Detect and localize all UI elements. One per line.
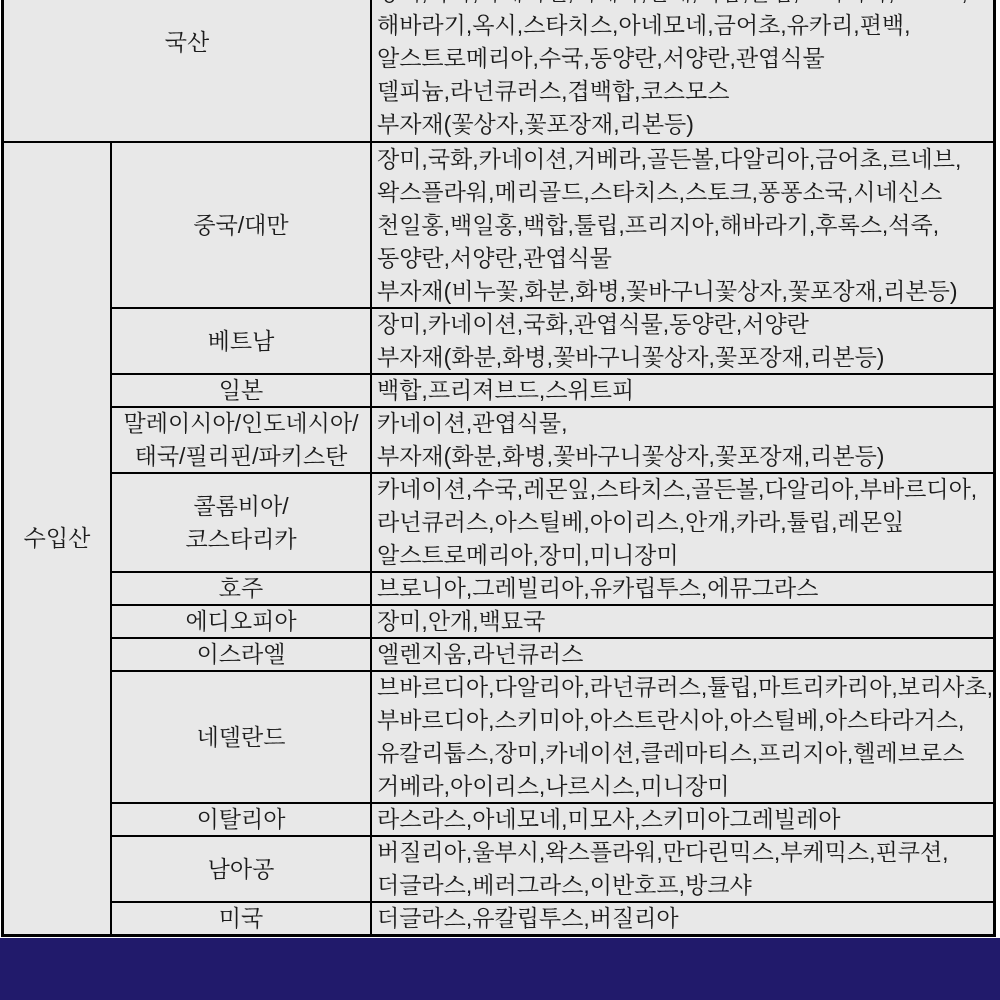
items-cell: 브로니아,그레빌리아,유카립투스,에뮤그라스 bbox=[372, 573, 993, 604]
items-text: 카네이션,수국,레몬잎,스타치스,골든볼,다알리아,부바르디아, 라넌큐러스,아… bbox=[377, 474, 977, 571]
page: 국산 장미,국화,카네이션,거베라,안개,백합,튤립,프리지아,스토크, 해바라… bbox=[0, 0, 1000, 1000]
items-text: 카네이션,관엽식물, 부자재(화분,화병,꽃바구니꽃상자,꽃포장재,리본등) bbox=[377, 408, 884, 472]
origin-items-table: 국산 장미,국화,카네이션,거베라,안개,백합,튤립,프리지아,스토크, 해바라… bbox=[1, 0, 996, 937]
country-cell: 콜롬비아/ 코스타리카 bbox=[112, 474, 370, 571]
items-text: 브바르디아,다알리아,라넌큐러스,튤립,마트리카리아,보리사초, 부바르디아,스… bbox=[377, 672, 993, 802]
country-label: 미국 bbox=[219, 903, 263, 934]
items-text: 버질리아,울부시,왁스플라워,만다린믹스,부케믹스,핀쿠션, 더글라스,베러그라… bbox=[377, 837, 949, 901]
country-label: 콜롬비아/ 코스타리카 bbox=[185, 490, 296, 556]
country-cell: 이탈리아 bbox=[112, 804, 370, 835]
items-cell: 라스라스,아네모네,미모사,스키미아그레빌레아 bbox=[372, 804, 993, 835]
country-label: 이탈리아 bbox=[197, 804, 286, 835]
country-label: 네델란드 bbox=[197, 721, 286, 754]
items-cell: 엘렌지움,라넌큐러스 bbox=[372, 639, 993, 670]
origin-cell-domestic: 국산 bbox=[4, 0, 370, 141]
origin-cell-imported: 수입산 bbox=[4, 143, 110, 934]
items-cell: 장미,카네이션,국화,관엽식물,동양란,서양란 부자재(화분,화병,꽃바구니꽃상… bbox=[372, 309, 993, 373]
items-cell: 카네이션,관엽식물, 부자재(화분,화병,꽃바구니꽃상자,꽃포장재,리본등) bbox=[372, 408, 993, 472]
country-cell: 남아공 bbox=[112, 837, 370, 901]
country-label: 일본 bbox=[219, 375, 263, 406]
items-text: 장미,카네이션,국화,관엽식물,동양란,서양란 부자재(화분,화병,꽃바구니꽃상… bbox=[377, 309, 884, 373]
country-label: 중국/대만 bbox=[193, 209, 288, 242]
country-cell: 네델란드 bbox=[112, 672, 370, 802]
items-text: 백합,프리져브드,스위트피 bbox=[377, 375, 634, 406]
items-text: 더글라스,유칼립투스,버질리아 bbox=[377, 903, 679, 934]
country-cell: 일본 bbox=[112, 375, 370, 406]
items-cell-domestic: 장미,국화,카네이션,거베라,안개,백합,튤립,프리지아,스토크, 해바라기,옥… bbox=[372, 0, 993, 141]
items-cell: 장미,안개,백묘국 bbox=[372, 606, 993, 637]
country-cell: 미국 bbox=[112, 903, 370, 934]
country-label: 호주 bbox=[219, 573, 263, 604]
country-cell: 호주 bbox=[112, 573, 370, 604]
country-cell: 베트남 bbox=[112, 309, 370, 373]
items-cell: 버질리아,울부시,왁스플라워,만다린믹스,부케믹스,핀쿠션, 더글라스,베러그라… bbox=[372, 837, 993, 901]
country-cell: 말레이시아/인도네시아/ 태국/필리핀/파키스탄 bbox=[112, 408, 370, 472]
items-text: 브로니아,그레빌리아,유카립투스,에뮤그라스 bbox=[377, 573, 818, 604]
items-text: 장미,국화,카네이션,거베라,골든볼,다알리아,금어초,르네브, 왁스플라워,메… bbox=[377, 143, 961, 307]
domestic-items-text: 장미,국화,카네이션,거베라,안개,백합,튤립,프리지아,스토크, 해바라기,옥… bbox=[377, 0, 968, 141]
items-cell: 카네이션,수국,레몬잎,스타치스,골든볼,다알리아,부바르디아, 라넌큐러스,아… bbox=[372, 474, 993, 571]
country-label: 베트남 bbox=[208, 325, 275, 358]
country-label: 말레이시아/인도네시아/ 태국/필리핀/파키스탄 bbox=[124, 408, 359, 472]
domestic-label: 국산 bbox=[165, 26, 209, 59]
items-text: 장미,안개,백묘국 bbox=[377, 606, 545, 637]
country-label: 남아공 bbox=[208, 853, 275, 886]
country-cell: 이스라엘 bbox=[112, 639, 370, 670]
country-label: 이스라엘 bbox=[197, 639, 286, 670]
items-text: 라스라스,아네모네,미모사,스키미아그레빌레아 bbox=[377, 804, 841, 835]
items-cell: 장미,국화,카네이션,거베라,골든볼,다알리아,금어초,르네브, 왁스플라워,메… bbox=[372, 143, 993, 307]
items-cell: 더글라스,유칼립투스,버질리아 bbox=[372, 903, 993, 934]
country-label: 에디오피아 bbox=[185, 606, 296, 637]
country-cell: 에디오피아 bbox=[112, 606, 370, 637]
items-text: 엘렌지움,라넌큐러스 bbox=[377, 639, 583, 670]
country-cell: 중국/대만 bbox=[112, 143, 370, 307]
items-cell: 백합,프리져브드,스위트피 bbox=[372, 375, 993, 406]
imported-label: 수입산 bbox=[24, 522, 91, 555]
footer-band bbox=[0, 938, 1000, 1000]
items-cell: 브바르디아,다알리아,라넌큐러스,튤립,마트리카리아,보리사초, 부바르디아,스… bbox=[372, 672, 993, 802]
